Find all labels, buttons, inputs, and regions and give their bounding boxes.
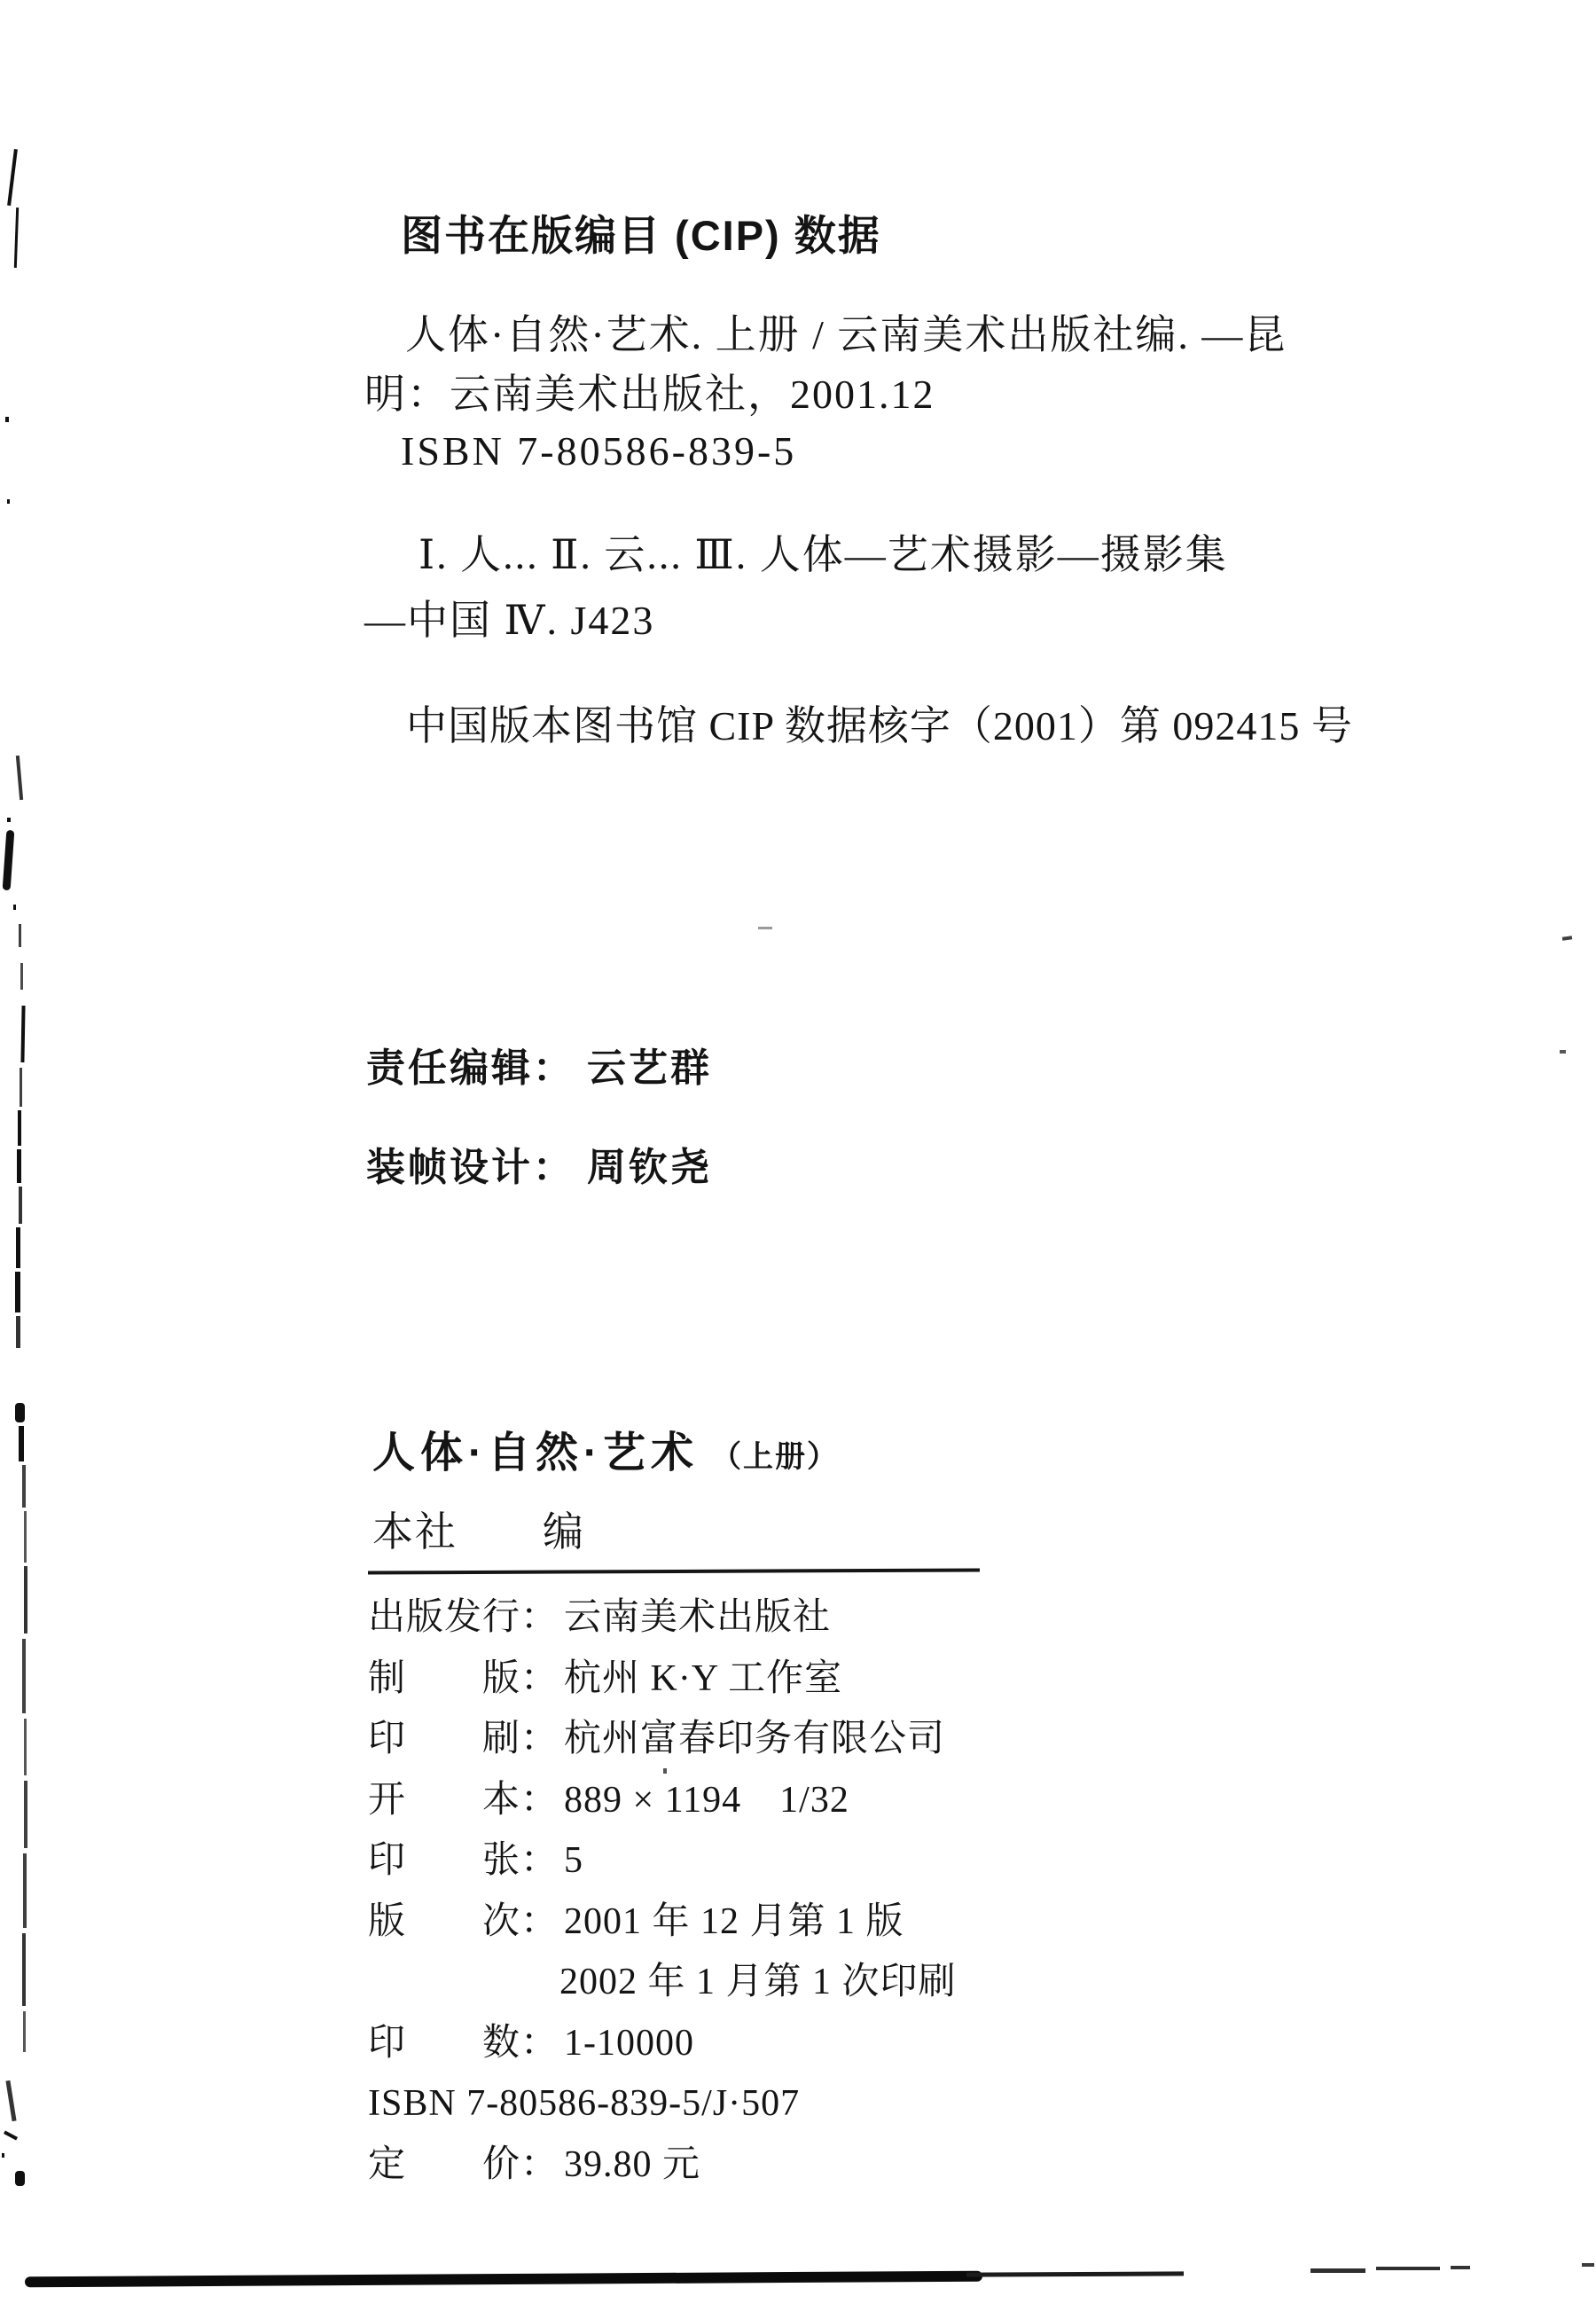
row-label: 开 本 — [368, 1779, 520, 1822]
binding-designer-name: 周钦尧 — [587, 1146, 712, 1189]
colon: ： — [520, 1839, 559, 1882]
colon: ： — [533, 1146, 575, 1189]
managing-editor-row: 责任编辑：云艺群 — [366, 1046, 712, 1090]
colophon-row-format: 开 本：889 × 1194 1/32 — [368, 1779, 1255, 1840]
row-label: 印 刷 — [368, 1718, 520, 1760]
colon: ： — [533, 1046, 575, 1090]
page-edge-dash — [1310, 2268, 1365, 2273]
scan-artifact — [18, 1110, 21, 1146]
scan-artifact — [24, 1781, 27, 1848]
scan-artifact — [7, 149, 18, 206]
page-edge-line — [966, 2271, 1184, 2276]
scan-artifact — [663, 1768, 667, 1774]
row-value: 云南美术出版社 — [564, 1596, 831, 1639]
divider-rule — [368, 1568, 980, 1574]
colon: ： — [520, 1900, 559, 1943]
row-value: 2001 年 12 月第 1 版 — [564, 1900, 904, 1943]
row-value: 1-10000 — [564, 2022, 694, 2064]
colophon-row-edition: 版 次：2001 年 12 月第 1 版 — [368, 1900, 1255, 1962]
scan-artifact — [23, 2011, 26, 2052]
binding-designer-label: 装帧设计 — [366, 1146, 533, 1189]
scanned-copyright-page: { "colors": { "ink": "#141414", "paper":… — [0, 0, 1596, 2319]
scan-artifact — [1562, 936, 1572, 940]
managing-editor-name: 云艺群 — [587, 1046, 712, 1090]
cip-header: 图书在版编目 (CIP) 数据 — [401, 213, 881, 260]
page-edge-dash — [1582, 2263, 1594, 2267]
row-value: 2002 年 1 月第 1 次印刷 — [559, 1961, 957, 2003]
colon: ： — [520, 1779, 559, 1822]
scan-artifact — [16, 756, 23, 800]
page-edge-dash — [1376, 2267, 1440, 2270]
scan-artifact — [14, 208, 19, 268]
scan-artifact — [16, 1316, 20, 1348]
scan-artifact — [24, 1719, 27, 1775]
scan-artifact — [13, 905, 16, 910]
classification-line-2: —中国 Ⅳ. J423 — [364, 598, 654, 644]
row-label: 制 版 — [368, 1657, 520, 1700]
scan-artifact — [15, 1403, 25, 1422]
scan-artifact — [20, 963, 23, 990]
row-value: 杭州 K·Y 工作室 — [564, 1657, 842, 1700]
binding-designer-row: 装帧设计：周钦尧 — [366, 1146, 712, 1189]
cip-entry-line-1: 人体·自然·艺术. 上册 / 云南美术出版社编. —昆 — [405, 312, 1287, 358]
scan-artifact — [20, 1068, 22, 1107]
colon: ： — [520, 1596, 559, 1639]
colophon-list: 出版发行：云南美术出版社 制 版：杭州 K·Y 工作室 印 刷：杭州富春印务有限… — [368, 1596, 1255, 2204]
cip-record-number-line: 中国版本图书馆 CIP 数据核字（2001）第 092415 号 — [406, 703, 1353, 749]
scan-artifact — [19, 1187, 22, 1224]
row-value: ISBN 7-80586-839-5/J·507 — [368, 2082, 800, 2125]
book-title-row: 人体·自然·艺术 （上册） — [372, 1430, 839, 1477]
colophon-row-isbn: ISBN 7-80586-839-5/J·507 — [368, 2082, 1255, 2143]
scan-artifact — [20, 1006, 25, 1062]
row-label: 出版发行 — [368, 1596, 520, 1639]
scan-artifact — [2, 2153, 4, 2158]
scan-artifact — [15, 1272, 20, 1312]
scan-artifact — [22, 1465, 26, 1508]
cip-entry-line-2: 明：云南美术出版社，2001.12 — [364, 372, 935, 418]
managing-editor-label: 责任编辑 — [366, 1046, 533, 1090]
byline: 本社 编 — [372, 1509, 585, 1555]
colophon-row-sheets: 印 张：5 — [368, 1839, 1255, 1900]
colon: ： — [520, 1718, 559, 1760]
colophon-row-publisher: 出版发行：云南美术出版社 — [368, 1596, 1255, 1657]
book-title: 人体·自然·艺术 — [372, 1430, 699, 1477]
scan-artifact — [7, 499, 10, 504]
scan-artifact — [4, 2130, 18, 2140]
scan-artifact — [19, 924, 21, 947]
row-label: 印 数 — [368, 2022, 520, 2064]
scan-artifact — [758, 927, 772, 929]
colon: ： — [520, 1657, 559, 1700]
row-label: 印 张 — [368, 1839, 520, 1882]
row-label: 定 价 — [368, 2143, 520, 2186]
colophon-row-printer: 印 刷：杭州富春印务有限公司 — [368, 1718, 1255, 1779]
colon: ： — [520, 2143, 559, 2186]
colon: ： — [520, 2022, 559, 2064]
colophon-row-print-run: 印 数：1-10000 — [368, 2022, 1255, 2083]
scan-artifact — [22, 1639, 26, 1713]
scan-artifact — [24, 1566, 27, 1633]
scan-artifact — [5, 2080, 16, 2121]
scan-artifact — [23, 1853, 27, 1928]
row-value: 889 × 1194 1/32 — [564, 1779, 849, 1822]
colophon-row-plate-making: 制 版：杭州 K·Y 工作室 — [368, 1657, 1255, 1719]
page-edge-line — [25, 2271, 982, 2288]
scan-artifact — [17, 1149, 21, 1183]
book-title-volume: （上册） — [711, 1440, 839, 1474]
scan-artifact — [7, 818, 11, 822]
scan-artifact — [3, 830, 15, 890]
scan-artifact — [1560, 1050, 1566, 1054]
row-value: 39.80 元 — [564, 2143, 700, 2186]
isbn-line: ISBN 7-80586-839-5 — [401, 428, 796, 474]
colophon-row-price: 定 价：39.80 元 — [368, 2143, 1255, 2205]
scan-artifact — [15, 2171, 25, 2186]
classification-line-1: Ⅰ. 人... Ⅱ. 云... Ⅲ. 人体—艺术摄影—摄影集 — [419, 532, 1228, 578]
scan-artifact — [5, 417, 9, 422]
row-value: 5 — [564, 1839, 583, 1882]
scan-artifact — [794, 1907, 799, 1910]
row-value: 杭州富春印务有限公司 — [564, 1718, 945, 1760]
scan-artifact — [22, 1933, 26, 2006]
colophon-row-printing: 2002 年 1 月第 1 次印刷 — [368, 1961, 1255, 2022]
scan-artifact — [24, 1511, 27, 1563]
scan-artifact — [19, 1426, 24, 1461]
row-label: 版 次 — [368, 1900, 520, 1943]
page-edge-dash — [1451, 2266, 1470, 2269]
scan-artifact — [16, 1227, 20, 1268]
